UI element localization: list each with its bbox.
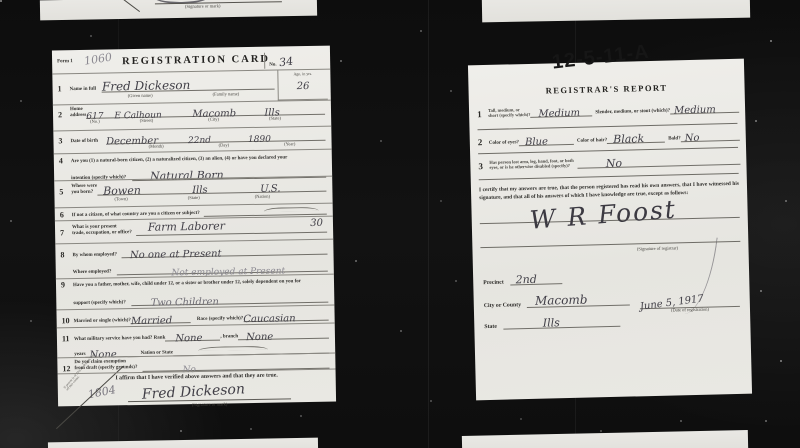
answer-line: Ills	[264, 102, 325, 116]
married-label: Married or single (which)?	[74, 318, 131, 325]
film-scratch-line	[428, 0, 429, 448]
report-field-1-build: 1 Tall, medium, or short (specify which)…	[477, 99, 739, 119]
year-caption: (Year)	[284, 142, 295, 147]
hair-value: Black	[613, 132, 644, 146]
field-number: 10	[62, 316, 74, 325]
field-number: 11	[62, 334, 74, 343]
card-title: REGISTRATION CARD	[122, 54, 270, 68]
answer-line: Black	[607, 129, 665, 144]
registration-card: Form 1 1060 REGISTRATION CARD No. 34 Age…	[52, 46, 336, 407]
handwritten-serial-note: 1060	[83, 51, 113, 68]
nation-caption: (Nation)	[255, 195, 270, 200]
given-name-caption: (Given name)	[128, 94, 153, 99]
answer-line: E Calhoun	[114, 104, 192, 118]
field-label: By whom employed?	[72, 252, 117, 259]
height-value: Medium	[538, 108, 580, 120]
card-number-group: No. 34	[264, 52, 294, 69]
answer-line: Macomb	[527, 290, 630, 309]
age-label: Age, in yrs.	[278, 72, 327, 77]
card-title: REGISTRAR'S REPORT	[468, 81, 744, 98]
report-field-3-disability: 3 Has person lost arm, leg, hand, foot, …	[478, 151, 740, 171]
field-number: 1	[58, 84, 70, 93]
bald-label: Bald?	[668, 136, 681, 142]
state-caption: (State)	[188, 196, 200, 201]
field-label: Have you a father, mother, wife, child u…	[73, 279, 301, 289]
answer-line: Ills	[182, 179, 252, 194]
answer-line: Ills	[503, 312, 621, 330]
race-label: Race (specify which)?	[197, 316, 243, 323]
field-number: 3	[478, 161, 489, 171]
answer-line: December	[106, 130, 188, 144]
field-label: Date of birth	[70, 139, 98, 145]
field-label: Name in full	[70, 87, 96, 93]
town-caption: (Town)	[114, 197, 127, 202]
field-number: 2	[58, 110, 70, 119]
city-caption: (City)	[208, 118, 219, 123]
field-number: 3	[58, 136, 70, 145]
answer-line: U.S.	[252, 178, 326, 193]
field-8-by-whom-employed: 8 By whom employed? No one at Present	[60, 242, 327, 260]
microfilm-scan-frame: ||||| (Signature or mark) Form 1 1060 RE…	[0, 0, 800, 448]
answer-line: No one at Present	[122, 242, 328, 259]
field-number: 2	[478, 137, 489, 147]
field-number: 5	[59, 187, 71, 196]
field-number: 1	[477, 109, 488, 119]
answer-line: Farm Laborer 30	[136, 218, 327, 236]
field-label: Has person lost arm, leg, hand, foot, or…	[489, 158, 574, 171]
previous-registration-card-bottom: ||||| (Signature or mark)	[40, 0, 317, 20]
answer-line: 617	[86, 105, 114, 118]
report-field-2-eyes-hair: 2 Color of eyes? Blue Color of hair? Bla…	[478, 127, 740, 147]
answer-line: Caucasian	[243, 308, 329, 322]
no-value: 34	[279, 55, 294, 70]
month-caption: (Month)	[149, 145, 164, 150]
name-value: Fred Dickeson	[102, 78, 191, 94]
answer-line: Blue	[519, 131, 574, 146]
signature-caption: (Signature or mark)	[128, 401, 291, 409]
field-number: 7	[60, 228, 72, 237]
hair-label: Color of hair?	[577, 138, 607, 145]
answer-line: 2nd	[509, 269, 561, 285]
answer-line: None	[165, 328, 220, 342]
state-label: State	[484, 324, 497, 330]
film-dust-speckles	[0, 0, 2, 2]
field-number: 6	[60, 210, 72, 219]
bald-value: No	[685, 133, 700, 144]
label-line: address	[70, 113, 86, 120]
answer-line: Two Children	[131, 290, 329, 306]
field-1-captions: (Given name) (Family name)	[58, 92, 275, 101]
blank-dash-mark	[264, 207, 319, 212]
precinct-row: Precinct 2nd	[483, 268, 599, 286]
no-caption: (No.)	[90, 120, 100, 125]
military-label: What military service have you had? Rank	[74, 336, 165, 344]
registrars-report-card: 12-5-11-A REGISTRAR'S REPORT 1 Tall, med…	[468, 59, 752, 401]
field-label-line2: support (specify which)?	[73, 300, 126, 307]
occupation-value: Farm Laborer	[148, 219, 225, 234]
field-label: Tall, medium, or short (specify which)?	[488, 107, 531, 119]
corner-cut-line	[91, 0, 140, 12]
eyes-label: Color of eyes?	[489, 140, 519, 147]
occupation-margin-number: 30	[310, 218, 323, 232]
field-label: Where were you born?	[71, 183, 97, 196]
corner-rotated-text: |||||	[53, 0, 85, 15]
disability-value: No	[606, 157, 623, 170]
city-county-value: Macomb	[535, 293, 588, 308]
form-number-label: Form 1	[57, 59, 73, 65]
field-number: 9	[61, 280, 73, 289]
next-report-card-top	[462, 430, 748, 448]
section-separator	[479, 173, 739, 180]
answer-line: Medium	[530, 102, 592, 118]
film-frame-stamp: 12-5-11-A	[551, 41, 651, 75]
street-caption: (Street)	[140, 119, 154, 124]
label-line: you born?	[71, 189, 97, 196]
answer-line: No	[578, 151, 741, 169]
city-county-label: City or County	[484, 302, 521, 309]
answer-line: Bowen	[97, 180, 182, 195]
field-number: 8	[60, 250, 72, 259]
answer-line: 22nd	[188, 129, 248, 143]
state-value: Ills	[543, 316, 560, 329]
state-caption: (State)	[269, 116, 281, 121]
no-label: No.	[269, 63, 276, 69]
answer-line: Macomb	[192, 103, 264, 117]
build-value: Medium	[674, 104, 716, 116]
label-line: short (specify which)?	[488, 112, 530, 119]
precinct-value: 2nd	[516, 273, 537, 287]
field-label: What is your present trade, occupation, …	[72, 224, 132, 238]
city-county-row: City or County Macomb	[484, 290, 630, 310]
age-value: 26	[297, 81, 310, 92]
field-label: Are you (1) a natural-born citizen, (2) …	[71, 155, 288, 165]
age-box: Age, in yrs. 26	[277, 70, 328, 101]
label-line: trade, occupation, or office?	[72, 230, 132, 237]
field-label: Home address	[70, 106, 87, 119]
precinct-label: Precinct	[483, 280, 504, 286]
blank-dash-mark	[198, 346, 268, 351]
eyes-value: Blue	[525, 136, 548, 148]
answer-line: 1890	[248, 128, 326, 142]
signature-caption: (Signature or mark)	[185, 4, 221, 10]
field-number: 4	[59, 156, 71, 165]
answer-line: Fred Dickeson	[102, 75, 275, 93]
family-name-caption: (Family name)	[213, 92, 240, 97]
label-line: eyes, or is he otherwise disabled (speci…	[489, 163, 574, 171]
branch-label: , branch	[220, 334, 238, 340]
employer-value: No one at Present	[130, 249, 222, 262]
day-caption: (Day)	[219, 143, 230, 148]
answer-line: No	[680, 127, 739, 142]
next-registration-card-top	[48, 438, 318, 448]
answer-line: None	[238, 326, 329, 341]
registration-date-block: June 5, 1917 (Date of registration)	[640, 291, 740, 314]
state-row: State Ills	[484, 312, 620, 330]
field-1-name: 1 Name in full Fred Dickeson	[57, 75, 274, 94]
field-number: 12	[62, 364, 74, 373]
field-4-citizenship: 4 Are you (1) a natural-born citizen, (2…	[59, 152, 326, 166]
answer-line: Not employed at Present	[116, 260, 328, 276]
field-label: Where employed?	[73, 269, 112, 276]
answer-line: Married	[131, 310, 191, 324]
answer-line: Medium	[670, 99, 739, 115]
build-label: Slender, medium, or stout (which)?	[595, 108, 670, 116]
previous-report-card-bottom	[482, 0, 750, 22]
